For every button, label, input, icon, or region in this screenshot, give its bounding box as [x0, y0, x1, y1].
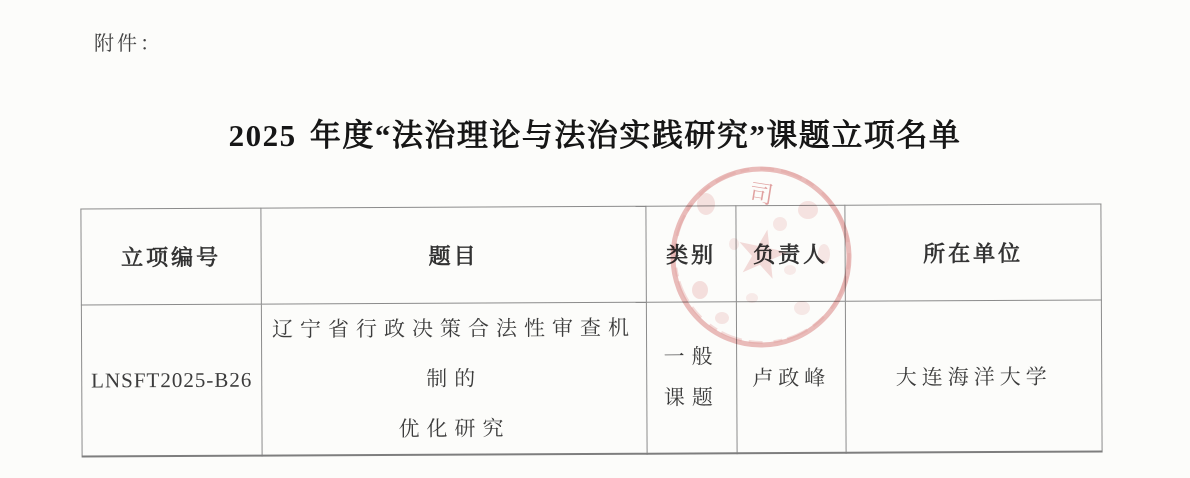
scanned-document-page: 附件： 2025 年度“法治理论与法治实践研究”课题立项名单 立项编号 题目 类…: [0, 0, 1190, 478]
cell-leader: 卢政峰: [736, 301, 846, 453]
topic-line-2: 优化研究: [266, 403, 642, 455]
cell-affiliation: 大连海洋大学: [845, 300, 1102, 453]
cell-category: 一般 课题: [646, 302, 737, 454]
document-title: 2025 年度“法治理论与法治实践研究”课题立项名单: [0, 110, 1190, 155]
header-cell-leader: 负责人: [736, 205, 845, 302]
cell-topic: 辽宁省行政决策合法性审查机制的 优化研究: [261, 302, 647, 455]
header-cell-topic: 题目: [261, 206, 646, 304]
attachment-label: 附件：: [94, 27, 163, 56]
header-cell-affiliation: 所在单位: [845, 204, 1101, 301]
header-cell-category: 类别: [646, 206, 736, 302]
topic-line-1: 辽宁省行政决策合法性审查机制的: [266, 303, 642, 405]
table-header-row: 立项编号 题目 类别 负责人 所在单位: [81, 204, 1101, 305]
projects-table-wrapper: 立项编号 题目 类别 负责人 所在单位 LNSFT2025-B26 辽宁省行政决…: [80, 204, 1102, 458]
category-line-2: 课题: [651, 377, 732, 418]
table-row: LNSFT2025-B26 辽宁省行政决策合法性审查机制的 优化研究 一般 课题…: [81, 300, 1102, 456]
projects-table: 立项编号 题目 类别 负责人 所在单位 LNSFT2025-B26 辽宁省行政决…: [80, 204, 1102, 458]
project-no-value: LNSFT2025-B26: [91, 367, 252, 392]
cell-project-no: LNSFT2025-B26: [81, 304, 262, 456]
category-line-1: 一般: [651, 336, 732, 377]
header-cell-project-no: 立项编号: [81, 208, 261, 305]
